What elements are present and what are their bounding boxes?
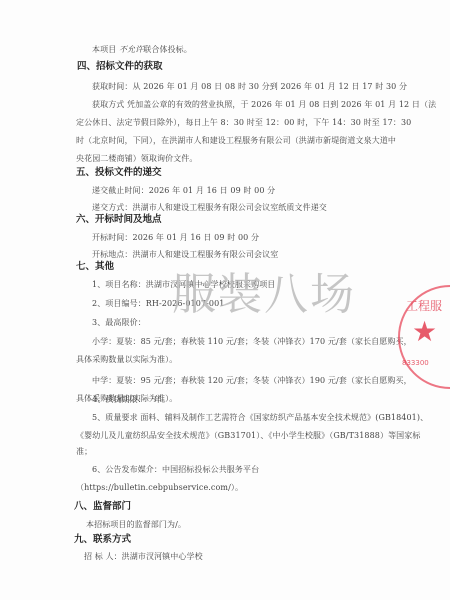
acquisition-method-line-1: 获取方式 凭加盖公章的有效的营业执照，于 2026 年 01 月 08 日到 2… xyxy=(92,100,436,110)
acquisition-method-line-4: 央花园二楼商铺）领取询价文件。 xyxy=(76,154,198,164)
section-heading-contact: 九、联系方式 xyxy=(74,534,131,546)
submission-method: 递交方式：洪湖市人和建设工程服务有限公司会议室纸质文件递交 xyxy=(92,203,327,213)
middle-school-price-line-1: 中学：夏装：95 元/套；春秋装 120 元/套；冬装（冲锋衣）190 元/套（… xyxy=(92,376,412,386)
opening-location: 开标地点：洪湖市人和建设工程服务有限公司会议室 xyxy=(92,250,278,260)
intro-suffix: 联合体投标。 xyxy=(143,45,192,54)
quality-requirement-line-1: 5、质量要求 面料、辅料及制作工艺需符合《国家纺织产品基本安全技术规范》(GB1… xyxy=(92,413,428,423)
tenderer: 招 标 人：洪湖市汊河镇中心学校 xyxy=(84,552,203,562)
official-seal: 工程服 ★ 833300 xyxy=(398,285,450,389)
submission-deadline: 递交截止时间：2026 年 01 月 16 日 09 时 00 分 xyxy=(92,186,275,196)
opening-time: 开标时间：2026 年 01 月 16 日 09 时 00 分 xyxy=(92,233,259,243)
section-heading-other: 七、其他 xyxy=(76,261,114,273)
section-heading-submission: 五、投标文件的递交 xyxy=(76,167,162,179)
star-icon: ★ xyxy=(412,317,437,347)
acquisition-method-line-2: 定公休日、法定节假日除外），每日上午 8：30 时至 12：00 时，下午 14… xyxy=(76,118,411,128)
intro-prefix: 本项目 xyxy=(92,45,116,54)
acquisition-method-line-3: 时（北京时间，下同），在洪湖市人和建设工程服务有限公司（洪湖市新堤街道文泉大道中 xyxy=(76,136,396,146)
quality-requirement-line-3: 准； xyxy=(76,447,92,457)
acquisition-time: 获取时间：从 2026 年 01 月 08 日 08 时 30 分到 2026 … xyxy=(92,82,407,92)
publication-media: 6、公告发布媒介：中国招标投标公共服务平台 xyxy=(92,465,259,475)
seal-code: 833300 xyxy=(402,359,429,367)
document-page: 本项目 不允许联合体投标。 四、招标文件的获取 获取时间：从 2026 年 01… xyxy=(0,0,450,600)
max-price-label: 3、最高限价： xyxy=(92,318,146,328)
watermark: 服装八场 xyxy=(172,270,356,320)
intro-italic: 不允许 xyxy=(119,45,143,54)
publication-url: （https://bulletin.cebpubservice.com/）。 xyxy=(76,483,243,493)
primary-school-price-line-2: 具体采购数量以实际为准）。 xyxy=(76,355,177,365)
quality-requirement-line-2: 《婴幼儿及儿童纺织品安全技术规范》（GB31701）、《中小学生校服》（GB/T… xyxy=(76,431,420,441)
intro-line: 本项目 不允许联合体投标。 xyxy=(92,45,192,55)
section-heading-supervision: 八、监督部门 xyxy=(74,501,131,513)
supply-period: 4、供货期限：一年。 xyxy=(92,395,170,405)
section-heading-acquisition: 四、招标文件的获取 xyxy=(77,61,163,73)
seal-text: 工程服 xyxy=(406,297,442,314)
supervision-department: 本招标项目的监督部门为/。 xyxy=(86,520,186,530)
primary-school-price-line-1: 小学：夏装：85 元/套；春秋装 110 元/套；冬装（冲锋衣）170 元/套（… xyxy=(92,337,412,347)
section-heading-opening: 六、开标时间及地点 xyxy=(76,214,162,226)
